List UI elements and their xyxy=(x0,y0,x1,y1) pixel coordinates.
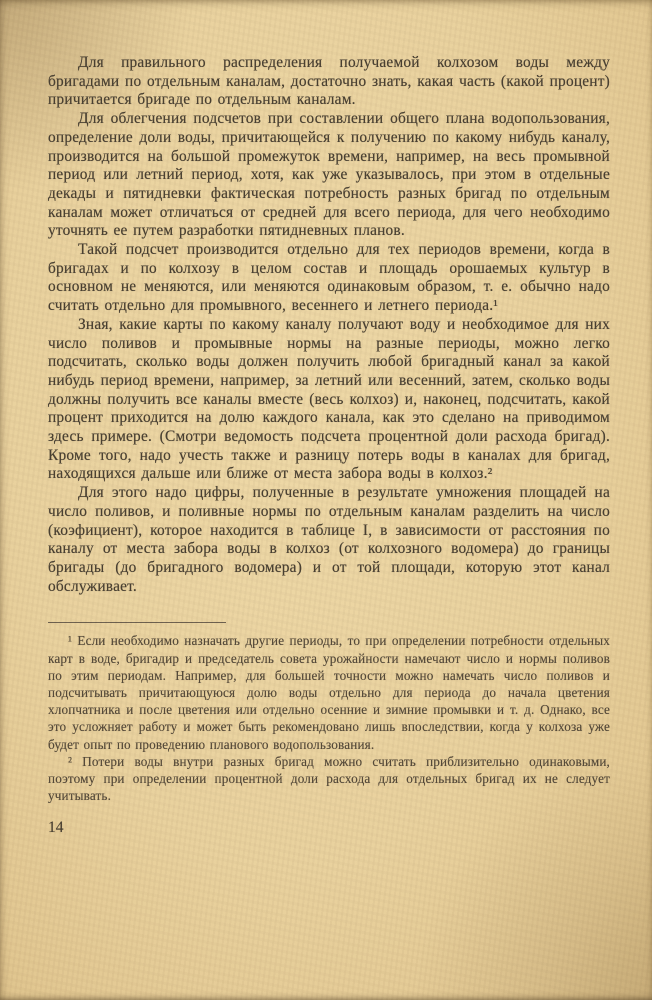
footnote-2: ² Потери воды внутри разных бригад можно… xyxy=(48,753,610,805)
main-text-block: Для правильного распределения получаемой… xyxy=(48,54,610,596)
footnote-1: ¹ Если необходимо назначать другие перио… xyxy=(48,632,610,752)
paragraph-3: Такой подсчет производится отдельно для … xyxy=(48,241,610,316)
paragraph-5: Для этого надо цифры, полученные в резул… xyxy=(48,484,610,596)
footnote-divider xyxy=(48,622,226,623)
page-number: 14 xyxy=(48,819,610,837)
paragraph-2: Для облегчения подсчетов при составлении… xyxy=(48,110,610,241)
book-page: Для правильного распределения получаемой… xyxy=(0,0,652,1000)
paragraph-1: Для правильного распределения получаемой… xyxy=(48,54,610,110)
paragraph-4: Зная, какие карты по какому каналу получ… xyxy=(48,316,610,484)
footnotes-block: ¹ Если необходимо назначать другие перио… xyxy=(48,632,610,804)
